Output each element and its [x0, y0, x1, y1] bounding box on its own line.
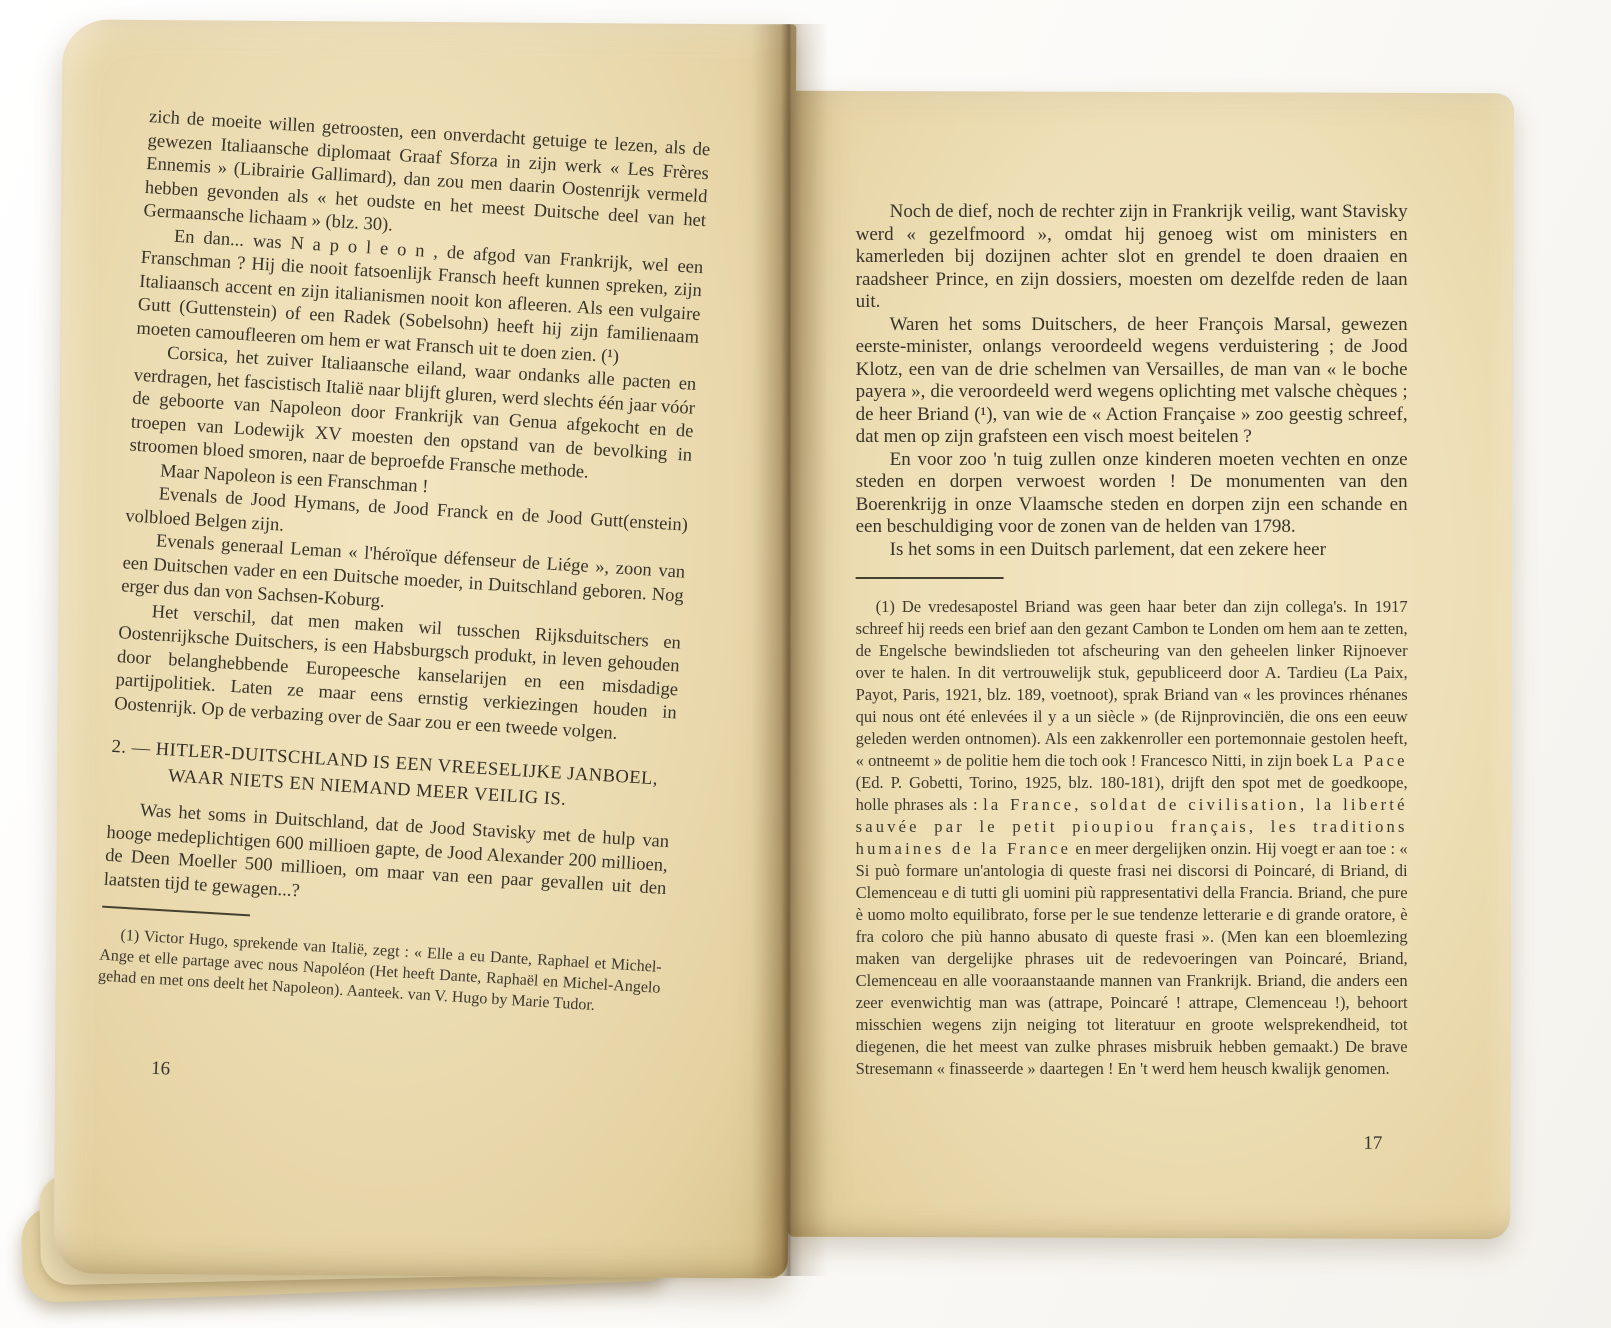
photo-background: zich de moeite willen getroosten, een on…: [0, 0, 1611, 1328]
footnote-separator: [102, 906, 250, 917]
right-page-text-block: Noch de dief, noch de rechter zijn in Fr…: [856, 201, 1408, 1096]
book-page-left: zich de moeite willen getroosten, een on…: [54, 19, 797, 1278]
paragraph: Is het soms in een Duitsch parlement, da…: [856, 538, 1408, 560]
footnote-separator: [856, 577, 1004, 579]
footnote-run: en meer dergelijken onzin. Hij voegt er …: [856, 838, 1408, 1077]
paragraph: Was het soms in Duitschland, dat de Jood…: [103, 798, 670, 925]
left-page-text-block: zich de moeite willen getroosten, een on…: [97, 106, 711, 1036]
book-page-right: Noch de dief, noch de rechter zijn in Fr…: [788, 91, 1514, 1240]
page-number-right: 17: [1363, 1133, 1382, 1155]
paragraph: Waren het soms Duitschers, de heer Franç…: [856, 313, 1408, 448]
paragraph: Noch de dief, noch de rechter zijn in Fr…: [856, 201, 1408, 314]
paragraph: En voor zoo 'n tuig zullen onze kinderen…: [856, 448, 1408, 538]
footnote-run-letterspaced: La Pace: [1332, 750, 1407, 769]
footnote-run: (1) De vredesapostel Briand was geen haa…: [856, 596, 1408, 769]
footnote: (1) Victor Hugo, sprekende van Italië, z…: [97, 924, 662, 1020]
footnote: (1) De vredesapostel Briand was geen haa…: [856, 595, 1408, 1079]
page-number-left: 16: [151, 1058, 171, 1081]
